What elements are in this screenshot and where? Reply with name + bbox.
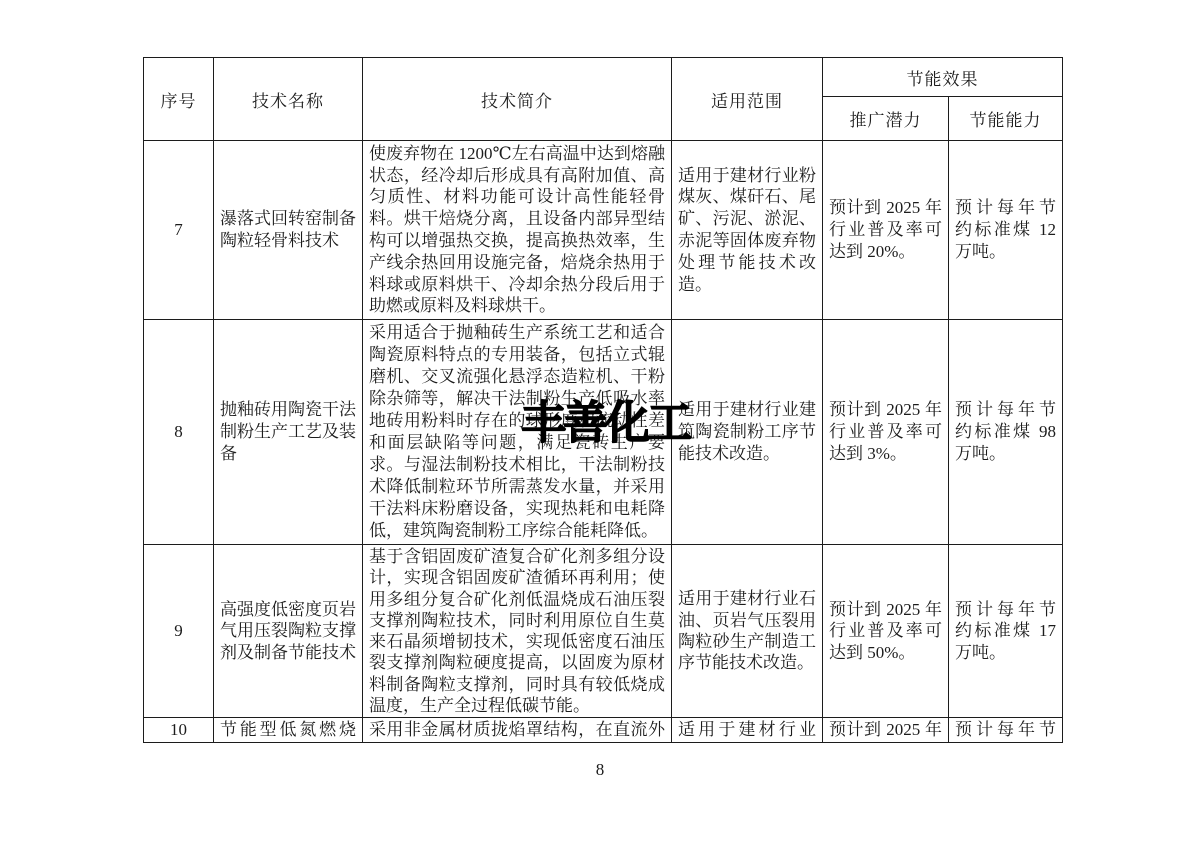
capability-text: 预计每年节约标准煤 17 万吨。 — [955, 599, 1056, 663]
index-value: 8 — [146, 421, 211, 443]
tech-name-text: 抛釉砖用陶瓷干法制粉生产工艺及装备 — [220, 399, 356, 465]
cell-index: 10 — [144, 718, 214, 743]
tech-name-text: 瀑落式回转窑制备陶粒轻骨料技术 — [220, 208, 356, 252]
potential-text: 预计到 2025 年行业普及率可达到 3%。 — [829, 399, 942, 465]
capability-text: 预计每年节 — [955, 719, 1056, 741]
cell-capability: 预计每年节约标准煤 98 万吨。 — [949, 320, 1063, 545]
index-value: 9 — [146, 620, 211, 641]
header-row-top: 序号 技术名称 技术简介 适用范围 节能效果 — [144, 58, 1063, 97]
cell-capability: 预计每年节约标准煤 12 万吨。 — [949, 141, 1063, 320]
cell-tech-intro: 使废弃物在 1200℃左右高温中达到熔融状态，经冷却后形成具有高附加值、高匀质性… — [363, 141, 672, 320]
table-row-7: 7 瀑落式回转窑制备陶粒轻骨料技术 使废弃物在 1200℃左右高温中达到熔融状态… — [144, 141, 1063, 320]
header-tech-intro: 技术简介 — [363, 58, 672, 141]
cell-potential: 预计到 2025 年行业普及率可达到 50%。 — [823, 545, 949, 718]
table-row-10: 10 节能型低氮燃烧 采用非金属材质拢焰罩结构，在直流外 适用于建材行业 预计到… — [144, 718, 1063, 743]
cell-tech-intro: 采用非金属材质拢焰罩结构，在直流外 — [363, 718, 672, 743]
cell-index: 9 — [144, 545, 214, 718]
header-energy-effect: 节能效果 — [823, 58, 1063, 97]
cell-index: 8 — [144, 320, 214, 545]
cell-scope: 适用于建材行业 — [672, 718, 823, 743]
cell-tech-intro: 基于含铝固废矿渣复合矿化剂多组分设计，实现含铝固废矿渣循环再利用；使用多组分复合… — [363, 545, 672, 718]
cell-scope: 适用于建材行业石油、页岩气压裂用陶粒砂生产制造工序节能技术改造。 — [672, 545, 823, 718]
index-value: 7 — [146, 219, 211, 241]
cell-tech-name: 节能型低氮燃烧 — [214, 718, 363, 743]
cell-potential: 预计到 2025 年行业普及率可达到 3%。 — [823, 320, 949, 545]
potential-text: 预计到 2025 年行业普及率可达到 20%。 — [829, 197, 942, 262]
tech-name-text: 节能型低氮燃烧 — [220, 719, 356, 741]
watermark-text: 丰善化工 — [521, 399, 689, 447]
cell-index: 7 — [144, 141, 214, 320]
cell-tech-name: 高强度低密度页岩气用压裂陶粒支撑剂及制备节能技术 — [214, 545, 363, 718]
header-promotion-potential: 推广潜力 — [823, 97, 949, 141]
scope-text: 适用于建材行业石油、页岩气压裂用陶粒砂生产制造工序节能技术改造。 — [678, 588, 816, 673]
cell-scope: 适用于建材行业建筑陶瓷制粉工序节能技术改造。 — [672, 320, 823, 545]
cell-scope: 适用于建材行业粉煤灰、煤矸石、尾矿、污泥、淤泥、赤泥等固体废弃物处理节能技术改造… — [672, 141, 823, 320]
scope-text: 适用于建材行业 — [678, 719, 816, 741]
tech-intro-text: 采用非金属材质拢焰罩结构，在直流外 — [369, 719, 665, 741]
page-number: 8 — [0, 760, 1200, 780]
index-value: 10 — [146, 719, 211, 741]
scope-text: 适用于建材行业粉煤灰、煤矸石、尾矿、污泥、淤泥、赤泥等固体废弃物处理节能技术改造… — [678, 165, 816, 296]
cell-potential: 预计到 2025 年行业普及率可达到 20%。 — [823, 141, 949, 320]
cell-potential: 预计到 2025 年 — [823, 718, 949, 743]
cell-capability: 预计每年节 — [949, 718, 1063, 743]
capability-text: 预计每年节约标准煤 98 万吨。 — [955, 399, 1056, 465]
table-row-9: 9 高强度低密度页岩气用压裂陶粒支撑剂及制备节能技术 基于含铝固废矿渣复合矿化剂… — [144, 545, 1063, 718]
cell-capability: 预计每年节约标准煤 17 万吨。 — [949, 545, 1063, 718]
header-scope: 适用范围 — [672, 58, 823, 141]
header-tech-name: 技术名称 — [214, 58, 363, 141]
tech-intro-text: 基于含铝固废矿渣复合矿化剂多组分设计，实现含铝固废矿渣循环再利用；使用多组分复合… — [369, 546, 665, 716]
scope-text: 适用于建材行业建筑陶瓷制粉工序节能技术改造。 — [678, 399, 816, 465]
potential-text: 预计到 2025 年 — [829, 719, 942, 741]
potential-text: 预计到 2025 年行业普及率可达到 50%。 — [829, 599, 942, 663]
header-index: 序号 — [144, 58, 214, 141]
tech-intro-text: 使废弃物在 1200℃左右高温中达到熔融状态，经冷却后形成具有高附加值、高匀质性… — [369, 143, 665, 317]
cell-tech-name: 瀑落式回转窑制备陶粒轻骨料技术 — [214, 141, 363, 320]
capability-text: 预计每年节约标准煤 12 万吨。 — [955, 197, 1056, 262]
tech-name-text: 高强度低密度页岩气用压裂陶粒支撑剂及制备节能技术 — [220, 599, 356, 663]
header-saving-capability: 节能能力 — [949, 97, 1063, 141]
cell-tech-name: 抛釉砖用陶瓷干法制粉生产工艺及装备 — [214, 320, 363, 545]
